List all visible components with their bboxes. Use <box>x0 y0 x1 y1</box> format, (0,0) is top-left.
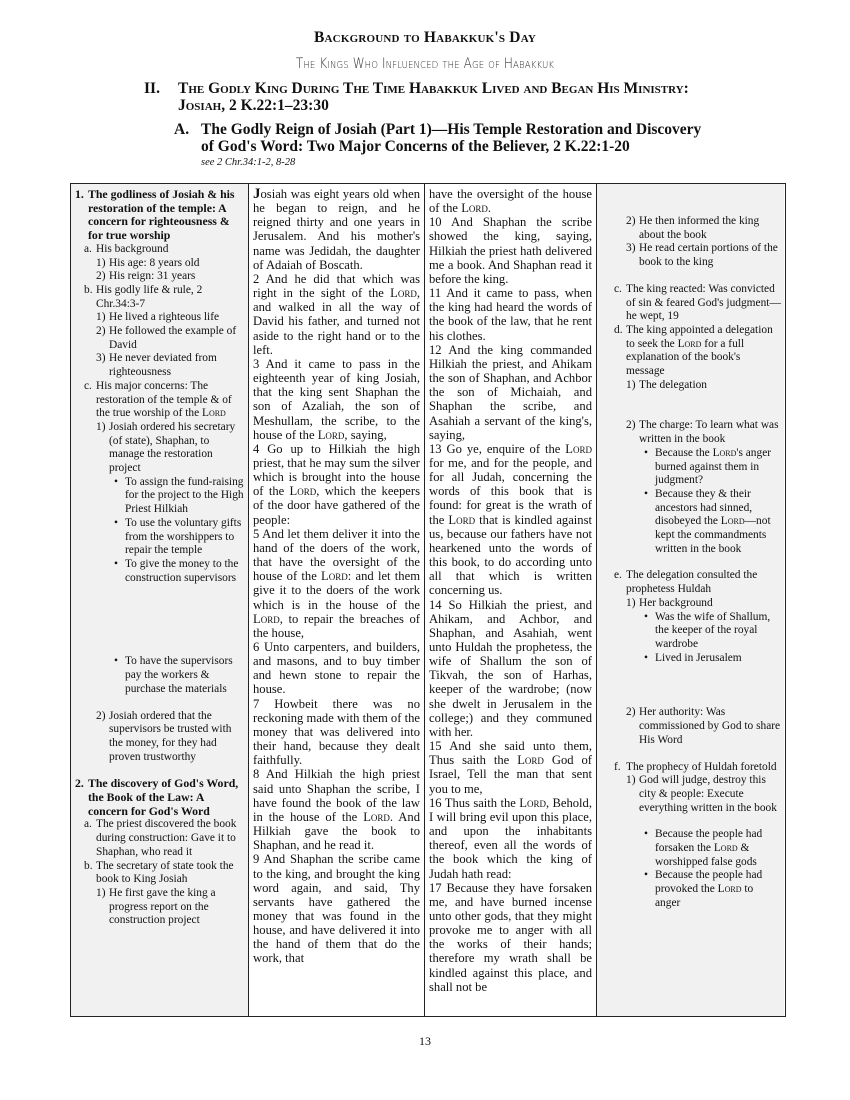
outline-marker: 1) <box>626 774 636 788</box>
outline-item: 1)He first gave the king a progress repo… <box>75 887 245 928</box>
verse-text: have the oversight of the house of the L… <box>429 187 592 215</box>
outline-marker: 1) <box>96 257 106 271</box>
outline-marker: b. <box>84 860 93 874</box>
verse-number: 7 <box>253 697 259 711</box>
outline-item: •Because the Lord's anger burned against… <box>605 447 781 488</box>
outline-text: To use the voluntary gifts from the wors… <box>125 517 241 556</box>
outline-marker: c. <box>614 283 622 297</box>
spacer <box>75 697 245 710</box>
outline-text: The king reacted: Was convicted of sin &… <box>626 283 781 322</box>
outline-marker: 3) <box>626 242 636 256</box>
verse-number: 4 <box>253 442 259 456</box>
verse-text: And the king commanded Hilkiah the pries… <box>429 343 592 442</box>
scripture-verse: 9 And Shaphan the scribe came to the kin… <box>253 852 420 965</box>
outline-column-left: 1.The godliness of Josiah & his restorat… <box>71 184 249 1016</box>
bullet-icon: • <box>644 611 648 625</box>
commentary-table: 1.The godliness of Josiah & his restorat… <box>70 183 786 1017</box>
verse-number: 12 <box>429 343 442 357</box>
outline-text: Because the Lord's anger burned against … <box>655 447 771 486</box>
outline-text: Lived in Jerusalem <box>655 652 742 664</box>
verse-text: Because they have forsaken me, and have … <box>429 881 592 994</box>
lord-smallcaps: Lord <box>253 612 280 626</box>
scripture-verse: 10 And Shaphan the scribe showed the kin… <box>429 215 592 286</box>
lord-smallcaps: Lord <box>519 796 546 810</box>
verse-text: And Shaphan the scribe came to the king,… <box>253 852 420 965</box>
outline-text: His background <box>96 243 168 255</box>
outline-item: 2)He then informed the king about the bo… <box>605 215 781 242</box>
outline-text: The king appointed a delegation to seek … <box>626 324 773 377</box>
verse-text: So Hilkiah the priest, and Ahikam, and A… <box>429 598 592 739</box>
lord-smallcaps: Lord <box>363 810 390 824</box>
scripture-verse: 2 And he did that which was right in the… <box>253 272 420 357</box>
spacer <box>605 392 781 419</box>
verse-text: Howbeit there was no reckoning made with… <box>253 697 420 768</box>
lord-smallcaps: Lord <box>202 407 226 419</box>
outline-text: The prophecy of Huldah foretold <box>626 761 777 773</box>
outline-marker: b. <box>84 284 93 298</box>
verse-text: And let them deliver it into the hand of… <box>253 527 420 640</box>
scripture-verse: 7 Howbeit there was no reckoning made wi… <box>253 697 420 768</box>
verse-text: Thus saith the Lord, Behold, I will brin… <box>429 796 592 881</box>
scripture-column-1: Josiah was eight years old when he began… <box>249 184 425 1016</box>
verse-text: Go ye, enquire of the Lord for me, and f… <box>429 442 592 598</box>
lord-smallcaps: Lord <box>565 442 592 456</box>
outline-text: The secretary of state took the book to … <box>96 860 234 886</box>
outline-text: He followed the example of David <box>109 325 236 351</box>
lord-smallcaps: Lord <box>318 428 345 442</box>
outline-item: 1)God will judge, destroy this city & pe… <box>605 774 781 815</box>
outline-marker: 3) <box>96 352 106 366</box>
lord-smallcaps: Lord <box>678 338 702 350</box>
outline-marker: a. <box>84 243 92 257</box>
outline-column-right: 2)He then informed the king about the bo… <box>597 184 784 1016</box>
verse-text: And it came to pass, when the king had h… <box>429 286 592 342</box>
outline-text: Josiah ordered that the supervisors be t… <box>109 710 231 763</box>
outline-marker: a. <box>84 818 92 832</box>
outline-marker: f. <box>614 761 621 775</box>
outline-text: Was the wife of Shallum, the keeper of t… <box>655 611 770 650</box>
outline-marker: 2) <box>96 710 106 724</box>
outline-text: The priest discovered the book during co… <box>96 818 236 857</box>
outline-item: 3)He read certain portions of the book t… <box>605 242 781 269</box>
scripture-verse: 6 Unto carpenters, and builders, and mas… <box>253 640 420 697</box>
bullet-icon: • <box>644 447 648 461</box>
lord-smallcaps: Lord <box>461 201 488 215</box>
verse-number: 16 <box>429 796 442 810</box>
lord-smallcaps: Lord <box>448 513 475 527</box>
scripture-verse: 15 And she said unto them, Thus saith th… <box>429 739 592 796</box>
scripture-verse: 3 And it came to pass in the eighteenth … <box>253 357 420 442</box>
outline-item: d.The king appointed a delegation to see… <box>605 324 781 379</box>
verse-text: osiah was eight years old when he began … <box>253 187 420 272</box>
outline-item: •To give the money to the construction s… <box>75 558 245 585</box>
outline-item: •To have the supervisors pay the workers… <box>75 655 245 696</box>
outline-text: The discovery of God's Word, the Book of… <box>88 776 238 817</box>
outline-marker: 2) <box>626 215 636 229</box>
lord-smallcaps: Lord <box>718 883 742 895</box>
verse-text: And Shaphan the scribe showed the king, … <box>429 215 592 286</box>
outline-item: 2)Her authority: Was commissioned by God… <box>605 706 781 747</box>
subsection-heading: A. The Godly Reign of Josiah (Part 1)—Hi… <box>174 122 714 155</box>
outline-item: 1)His age: 8 years old <box>75 257 245 271</box>
outline-text: Because the people had provoked the Lord… <box>655 869 762 908</box>
outline-item: •Lived in Jerusalem <box>605 652 781 666</box>
outline-item: 2.The discovery of God's Word, the Book … <box>75 777 245 818</box>
outline-marker: 1) <box>626 597 636 611</box>
outline-marker: 2. <box>75 777 84 791</box>
outline-marker: 2) <box>96 270 106 284</box>
outline-item: a.The priest discovered the book during … <box>75 818 245 859</box>
outline-marker: 2) <box>626 706 636 720</box>
outline-text: The delegation consulted the prophetess … <box>626 569 757 595</box>
outline-text: Her background <box>639 597 713 609</box>
running-header-title: Background to Habakkuk's Day <box>0 29 850 47</box>
outline-text: Because they & their ancestors had sinne… <box>655 488 771 555</box>
verse-text: And Hilkiah the high priest said unto Sh… <box>253 767 420 852</box>
outline-marker: 2) <box>626 419 636 433</box>
lord-smallcaps: Lord <box>714 842 738 854</box>
outline-item: •Was the wife of Shallum, the keeper of … <box>605 611 781 652</box>
outline-marker: 1) <box>96 311 106 325</box>
outline-marker: d. <box>614 324 623 338</box>
outline-text: He then informed the king about the book <box>639 215 759 241</box>
section-heading: II. The Godly King During The Time Habak… <box>144 80 724 114</box>
verse-number: 6 <box>253 640 259 654</box>
outline-marker: 2) <box>96 325 106 339</box>
scripture-verse: 8 And Hilkiah the high priest said unto … <box>253 767 420 852</box>
section-number: II. <box>144 80 160 97</box>
verse-number: 17 <box>429 881 442 895</box>
spacer <box>605 188 781 215</box>
outline-item: •Because the people had provoked the Lor… <box>605 869 781 910</box>
verse-number: 5 <box>253 527 259 541</box>
lord-smallcaps: Lord <box>721 515 745 527</box>
scripture-verse: 16 Thus saith the Lord, Behold, I will b… <box>429 796 592 881</box>
scripture-verse: have the oversight of the house of the L… <box>429 187 592 215</box>
outline-item: b.The secretary of state took the book t… <box>75 860 245 887</box>
scripture-verse: Josiah was eight years old when he began… <box>253 187 420 272</box>
running-header-subtitle: The Kings Who Influenced the Age of Haba… <box>60 56 791 72</box>
bullet-icon: • <box>114 517 118 531</box>
verse-text: Unto carpenters, and builders, and mason… <box>253 640 420 696</box>
scripture-column-2: have the oversight of the house of the L… <box>425 184 597 1016</box>
subsection-letter: A. <box>174 122 189 139</box>
outline-text: To have the supervisors pay the workers … <box>125 655 233 694</box>
outline-text: He first gave the king a progress report… <box>109 887 216 926</box>
section-title: The Godly King During The Time Habakkuk … <box>178 80 724 114</box>
verse-number: 10 <box>429 215 442 229</box>
verse-number: 15 <box>429 739 442 753</box>
outline-item: c.The king reacted: Was convicted of sin… <box>605 283 781 324</box>
lord-smallcaps: Lord <box>517 753 544 767</box>
outline-item: 2)The charge: To learn what was written … <box>605 419 781 446</box>
outline-item: c.His major concerns: The restoration of… <box>75 380 245 421</box>
outline-marker: 1) <box>626 379 636 393</box>
bullet-icon: • <box>644 652 648 666</box>
outline-text: He lived a righteous life <box>109 311 219 323</box>
spacer <box>605 665 781 706</box>
outline-text: To assign the fund-raising for the proje… <box>125 476 244 515</box>
outline-item: 1.The godliness of Josiah & his restorat… <box>75 188 245 243</box>
scripture-verse: 13 Go ye, enquire of the Lord for me, an… <box>429 442 592 598</box>
page-number: 13 <box>0 1034 850 1049</box>
outline-item: 1)The delegation <box>605 379 781 393</box>
lord-smallcaps: Lord <box>390 286 417 300</box>
outline-text: His godly life & rule, 2 Chr.34:3-7 <box>96 284 202 310</box>
outline-item: •Because the people had forsaken the Lor… <box>605 828 781 869</box>
spacer <box>605 815 781 828</box>
verse-number: 13 <box>429 442 442 456</box>
outline-item: a.His background <box>75 243 245 257</box>
outline-item: 2)Josiah ordered that the supervisors be… <box>75 710 245 765</box>
spacer <box>605 748 781 761</box>
outline-text: Her authority: Was commissioned by God t… <box>639 706 780 745</box>
lord-smallcaps: Lord <box>713 447 737 459</box>
lord-smallcaps: Lord <box>290 484 317 498</box>
verse-number: 3 <box>253 357 259 371</box>
outline-text: His age: 8 years old <box>109 257 199 269</box>
verse-text: And it came to pass in the eighteenth ye… <box>253 357 420 442</box>
outline-text: He read certain portions of the book to … <box>639 242 778 268</box>
outline-item: •To assign the fund-raising for the proj… <box>75 476 245 517</box>
scripture-verse: 12 And the king commanded Hilkiah the pr… <box>429 343 592 442</box>
outline-text: His reign: 31 years <box>109 270 195 282</box>
verse-number: 11 <box>429 286 441 300</box>
outline-text: The godliness of Josiah & his restoratio… <box>88 187 235 242</box>
verse-text: And he did that which was right in the s… <box>253 272 420 357</box>
outline-item: 2)He followed the example of David <box>75 325 245 352</box>
outline-text: Because the people had forsaken the Lord… <box>655 828 762 867</box>
drop-cap: J <box>253 186 261 202</box>
spacer <box>605 556 781 569</box>
outline-item: •To use the voluntary gifts from the wor… <box>75 517 245 558</box>
outline-text: God will judge, destroy this city & peop… <box>639 774 777 813</box>
verse-number: 9 <box>253 852 259 866</box>
outline-marker: e. <box>614 569 622 583</box>
verse-text: Go up to Hilkiah the high priest, that h… <box>253 442 420 527</box>
verse-number: 14 <box>429 598 442 612</box>
outline-marker: 1) <box>96 887 106 901</box>
bullet-icon: • <box>644 869 648 883</box>
spacer <box>605 270 781 283</box>
bullet-icon: • <box>644 488 648 502</box>
spacer <box>75 585 245 655</box>
scripture-verse: 5 And let them deliver it into the hand … <box>253 527 420 640</box>
outline-marker: 1) <box>96 421 106 435</box>
outline-item: e.The delegation consulted the prophetes… <box>605 569 781 596</box>
outline-item: •Because they & their ancestors had sinn… <box>605 488 781 557</box>
outline-text: Josiah ordered his secretary (of state),… <box>109 421 235 474</box>
verse-number: 2 <box>253 272 259 286</box>
verse-number: 8 <box>253 767 259 781</box>
outline-text: He never deviated from righteousness <box>109 352 217 378</box>
outline-item: 1)Josiah ordered his secretary (of state… <box>75 421 245 476</box>
outline-item: f.The prophecy of Huldah foretold <box>605 761 781 775</box>
outline-text: To give the money to the construction su… <box>125 558 238 584</box>
bullet-icon: • <box>114 655 118 669</box>
outline-text: His major concerns: The restoration of t… <box>96 380 232 419</box>
outline-item: 2)His reign: 31 years <box>75 270 245 284</box>
cross-reference: see 2 Chr.34:1-2, 8-28 <box>201 157 295 168</box>
outline-text: The charge: To learn what was written in… <box>639 419 779 445</box>
outline-item: 1)He lived a righteous life <box>75 311 245 325</box>
lord-smallcaps: Lord <box>321 569 348 583</box>
outline-marker: 1. <box>75 188 84 202</box>
bullet-icon: • <box>114 558 118 572</box>
scripture-verse: 14 So Hilkiah the priest, and Ahikam, an… <box>429 598 592 740</box>
bullet-icon: • <box>114 476 118 490</box>
scripture-verse: 4 Go up to Hilkiah the high priest, that… <box>253 442 420 527</box>
scripture-verse: 11 And it came to pass, when the king ha… <box>429 286 592 343</box>
outline-item: 1)Her background <box>605 597 781 611</box>
verse-text: And she said unto them, Thus saith the L… <box>429 739 592 795</box>
scripture-verse: 17 Because they have forsaken me, and ha… <box>429 881 592 994</box>
bullet-icon: • <box>644 828 648 842</box>
outline-marker: c. <box>84 380 92 394</box>
outline-item: 3)He never deviated from righteousness <box>75 352 245 379</box>
outline-item: b.His godly life & rule, 2 Chr.34:3-7 <box>75 284 245 311</box>
subsection-title: The Godly Reign of Josiah (Part 1)—His T… <box>201 122 714 155</box>
outline-text: The delegation <box>639 379 707 391</box>
